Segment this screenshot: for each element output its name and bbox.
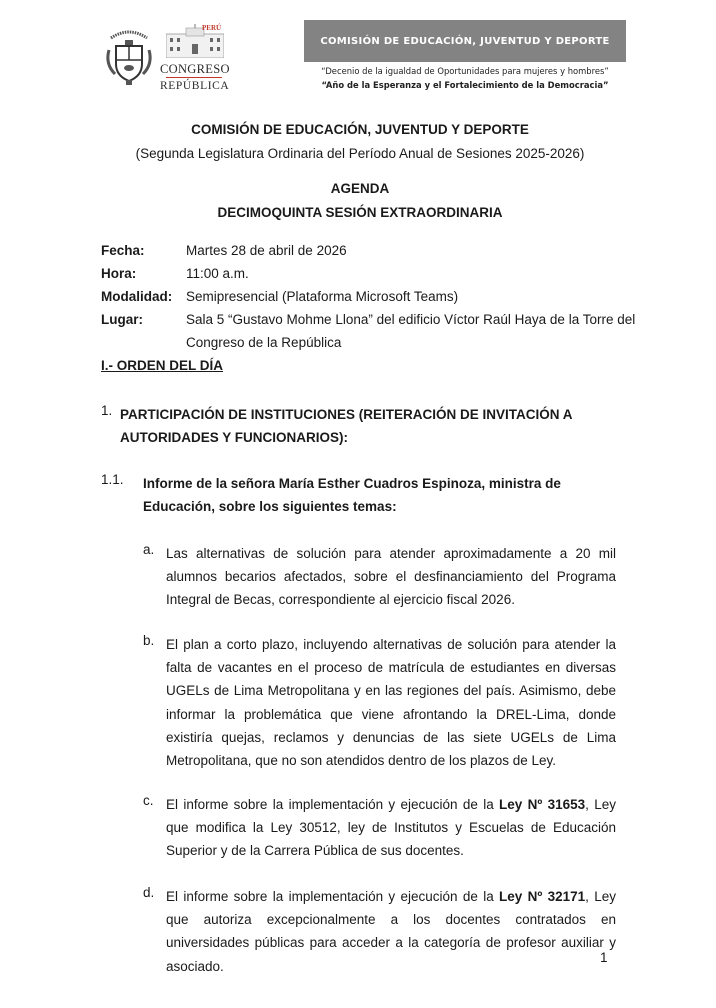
peru-coat-of-arms-logo <box>103 24 155 88</box>
time-value: 11:00 a.m. <box>186 266 249 281</box>
agenda-item-1: PARTICIPACIÓN DE INSTITUCIONES (REITERAC… <box>120 403 590 449</box>
modality-value: Semipresencial (Plataforma Microsoft Tea… <box>186 289 458 304</box>
item-number: 1. <box>101 403 112 418</box>
commission-title: COMISIÓN DE EDUCACIÓN, JUVENTUD Y DEPORT… <box>90 122 630 137</box>
section-heading: I.- ORDEN DEL DÍA <box>101 358 223 373</box>
session-heading: DECIMOQUINTA SESIÓN EXTRAORDINARIA <box>90 205 630 220</box>
congreso-logo: PERÚ CONGRESO REPÚBLICA <box>160 20 228 90</box>
topic-letter-c: c. <box>143 793 154 808</box>
topic-d: El informe sobre la implementación y eje… <box>166 885 616 978</box>
logo-republica-text: REPÚBLICA <box>160 80 228 92</box>
legislature-subtitle: (Segunda Legislatura Ordinaria del Perío… <box>90 146 630 161</box>
date-label: Fecha: <box>101 243 145 258</box>
place-value: Sala 5 “Gustavo Mohme Llona” del edifici… <box>186 312 635 327</box>
topic-letter-a: a. <box>143 542 154 557</box>
topic-c-pre: El informe sobre la implementación y eje… <box>166 797 499 812</box>
logo-divider <box>166 77 222 78</box>
page-number: 1 <box>600 950 608 965</box>
place-value-cont: Congreso de la República <box>186 335 341 350</box>
date-value: Martes 28 de abril de 2026 <box>186 243 347 258</box>
agenda-heading: AGENDA <box>90 181 630 196</box>
topic-b: El plan a corto plazo, incluyendo altern… <box>166 633 616 772</box>
logo-peru-text: PERÚ <box>202 24 221 32</box>
topic-a: Las alternativas de solución para atende… <box>166 542 616 612</box>
logo-congreso-text: CONGRESO <box>160 62 228 77</box>
topic-letter-d: d. <box>143 885 154 900</box>
law-32171: Ley Nº 32171 <box>499 889 585 904</box>
topic-d-pre: El informe sobre la implementación y eje… <box>166 889 499 904</box>
modality-label: Modalidad: <box>101 289 172 304</box>
topic-c: El informe sobre la implementación y eje… <box>166 793 616 863</box>
time-label: Hora: <box>101 266 136 281</box>
decade-motto: “Decenio de la igualdad de Oportunidades… <box>304 66 626 76</box>
agenda-item-1-1: Informe de la señora María Esther Cuadro… <box>143 472 595 518</box>
subitem-number: 1.1. <box>101 472 124 487</box>
place-label: Lugar: <box>101 312 143 327</box>
law-31653: Ley Nº 31653 <box>499 797 585 812</box>
commission-banner: COMISIÓN DE EDUCACIÓN, JUVENTUD Y DEPORT… <box>304 20 626 62</box>
year-motto: “Año de la Esperanza y el Fortalecimient… <box>304 80 626 90</box>
topic-letter-b: b. <box>143 633 154 648</box>
